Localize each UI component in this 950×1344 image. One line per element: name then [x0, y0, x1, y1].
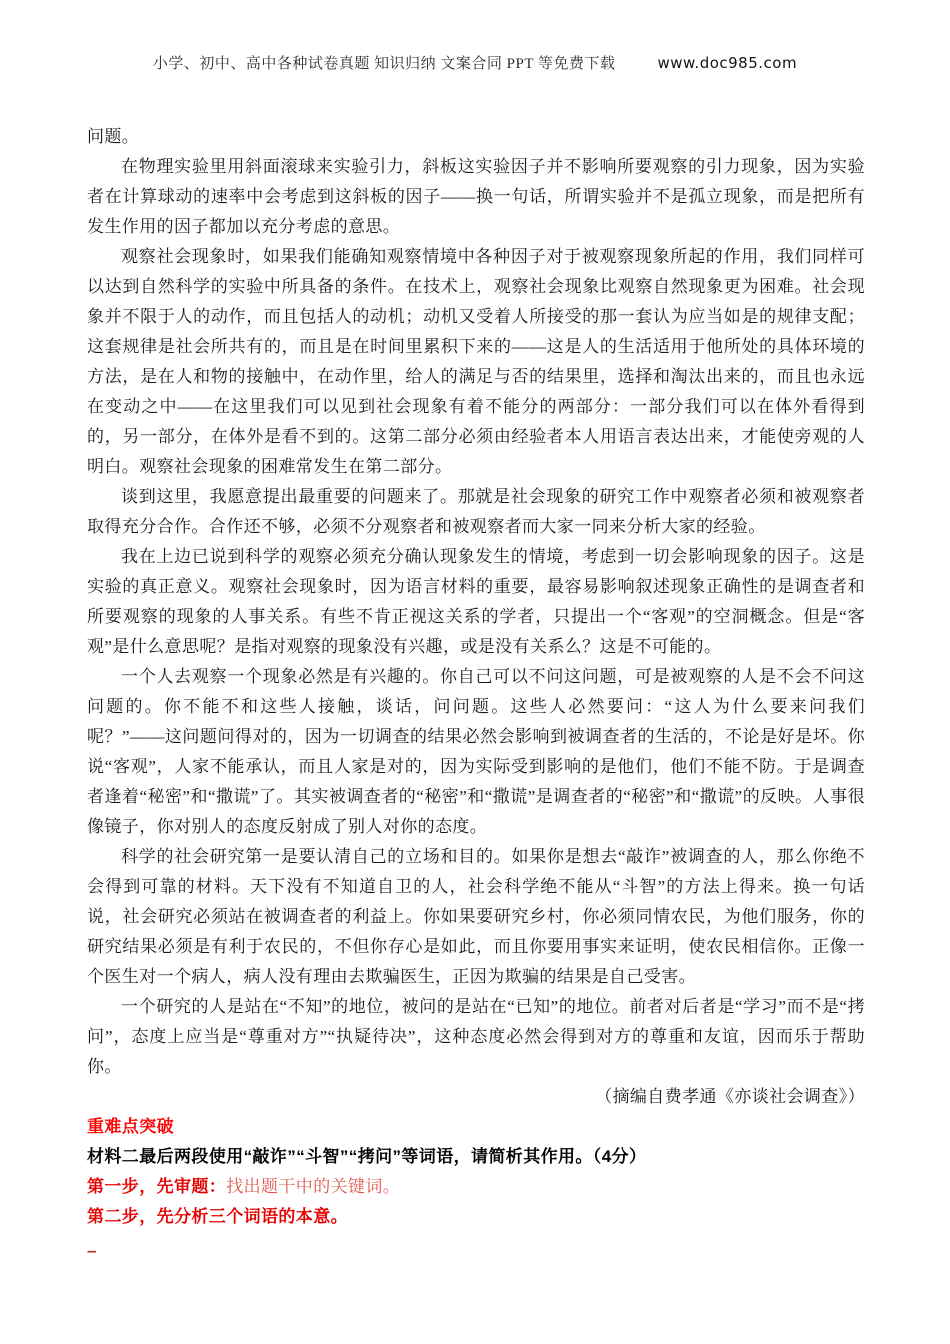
document-page: 小学、初中、高中各种试卷真题 知识归纳 文案合同 PPT 等免费下载 www.d…	[0, 0, 950, 1344]
paragraph-cooperation: 谈到这里，我愿意提出最重要的问题来了。那就是社会现象的研究工作中观察者必须和被观…	[87, 482, 865, 542]
header-promo-text: 小学、初中、高中各种试卷真题 知识归纳 文案合同 PPT 等免费下载	[153, 52, 616, 73]
page-header: 小学、初中、高中各种试卷真题 知识归纳 文案合同 PPT 等免费下载 www.d…	[0, 52, 950, 73]
step-1-note: 找出题干中的关键词。	[226, 1177, 400, 1196]
paragraph-continuation: 问题。	[87, 122, 865, 152]
paragraph-observing-social-phenomena: 观察社会现象时，如果我们能确知观察情境中各种因子对于被观察现象所起的作用，我们同…	[87, 242, 865, 482]
step-1: 第一步，先审题：找出题干中的关键词。	[87, 1172, 865, 1202]
step-2: 第二步，先分析三个词语的本意。	[87, 1202, 865, 1232]
document-body: 问题。 在物理实验里用斜面滚球来实验引力，斜板这实验因子并不影响所要观察的引力现…	[87, 122, 865, 1261]
section-heading-breakout: 重难点突破	[87, 1112, 865, 1142]
step-2-label: 第二步，先分析三个词语的本意。	[87, 1207, 348, 1226]
paragraph-interest-and-mirror: 一个人去观察一个现象必然是有兴趣的。你自己可以不问这问题，可是被观察的人是不会不…	[87, 662, 865, 842]
paragraph-physics-experiment: 在物理实验里用斜面滚球来实验引力，斜板这实验因子并不影响所要观察的引力现象，因为…	[87, 152, 865, 242]
paragraph-standpoint-and-purpose: 科学的社会研究第一是要认清自己的立场和目的。如果你是想去“敲诈”被调查的人，那么…	[87, 842, 865, 992]
source-attribution: （摘编自费孝通《亦谈社会调查》）	[87, 1082, 865, 1112]
step-1-label: 第一步，先审题：	[87, 1177, 226, 1196]
exercise-question: 材料二最后两段使用“敲诈”“斗智”“拷问”等词语，请简析其作用。（4分）	[87, 1142, 865, 1172]
site-url-link[interactable]: www.doc985.com	[658, 54, 798, 72]
paragraph-learning-not-interrogation: 一个研究的人是站在“不知”的地位，被问的是站在“已知”的地位。前者对后者是“学习…	[87, 992, 865, 1082]
paragraph-objectivity: 我在上边已说到科学的观察必须充分确认现象发生的情境，考虑到一切会影响现象的因子。…	[87, 542, 865, 662]
answer-placeholder-dash: –	[87, 1241, 865, 1261]
